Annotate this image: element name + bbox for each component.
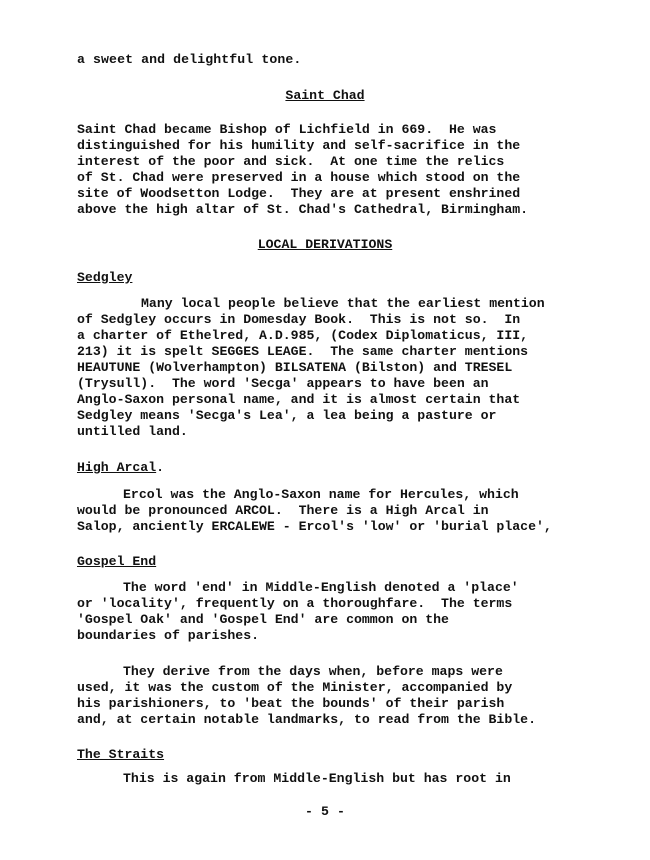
gospel-end-paragraph-1: The word 'end' in Middle-English denoted… [77,580,519,644]
text-line: above the high altar of St. Chad's Cathe… [77,202,528,218]
sedgley-paragraph: Many local people believe that the earli… [77,296,545,440]
text-line: boundaries of parishes. [77,628,519,644]
text-line: Salop, anciently ERCALEWE - Ercol's 'low… [77,519,552,535]
text-line: Anglo-Saxon personal name, and it is alm… [77,392,545,408]
gospel-end-paragraph-2: They derive from the days when, before m… [77,664,536,728]
text-line: 'Gospel Oak' and 'Gospel End' are common… [77,612,519,628]
text-line: untilled land. [77,424,545,440]
page-number: - 5 - [0,804,650,820]
text-line: or 'locality', frequently on a thoroughf… [77,596,519,612]
text-line: would be pronounced ARCOL. There is a Hi… [77,503,552,519]
text-line: his parishioners, to 'beat the bounds' o… [77,696,536,712]
heading-local-derivations: LOCAL DERIVATIONS [0,237,650,253]
saint-chad-paragraph: Saint Chad became Bishop of Lichfield in… [77,122,528,218]
text-line: This is again from Middle-English but ha… [77,771,511,787]
text-line: of St. Chad were preserved in a house wh… [77,170,528,186]
text-line: Saint Chad became Bishop of Lichfield in… [77,122,528,138]
text-line: used, it was the custom of the Minister,… [77,680,536,696]
heading-the-straits: The Straits [77,747,164,763]
text-line: Many local people believe that the earli… [77,296,545,312]
heading-high-arcal: High Arcal [77,460,156,475]
text-line: site of Woodsetton Lodge. They are at pr… [77,186,528,202]
heading-gospel-end: Gospel End [77,554,156,570]
heading-sedgley: Sedgley [77,270,132,286]
text-line: and, at certain notable landmarks, to re… [77,712,536,728]
heading-saint-chad: Saint Chad [0,88,650,104]
text-line: Ercol was the Anglo-Saxon name for Hercu… [77,487,552,503]
text-line: The word 'end' in Middle-English denoted… [77,580,519,596]
intro-line: a sweet and delightful tone. [77,52,301,68]
heading-suffix: . [156,460,164,475]
text-line: HEAUTUNE (Wolverhampton) BILSATENA (Bils… [77,360,545,376]
heading-high-arcal-wrap: High Arcal. [77,460,164,476]
the-straits-paragraph: This is again from Middle-English but ha… [77,771,511,787]
text-line: distinguished for his humility and self-… [77,138,528,154]
text-line: (Trysull). The word 'Secga' appears to h… [77,376,545,392]
text-line: interest of the poor and sick. At one ti… [77,154,528,170]
text-line: Sedgley means 'Secga's Lea', a lea being… [77,408,545,424]
text-line: They derive from the days when, before m… [77,664,536,680]
high-arcal-paragraph: Ercol was the Anglo-Saxon name for Hercu… [77,487,552,535]
text-line: 213) it is spelt SEGGES LEAGE. The same … [77,344,545,360]
text-line: of Sedgley occurs in Domesday Book. This… [77,312,545,328]
text-line: a charter of Ethelred, A.D.985, (Codex D… [77,328,545,344]
